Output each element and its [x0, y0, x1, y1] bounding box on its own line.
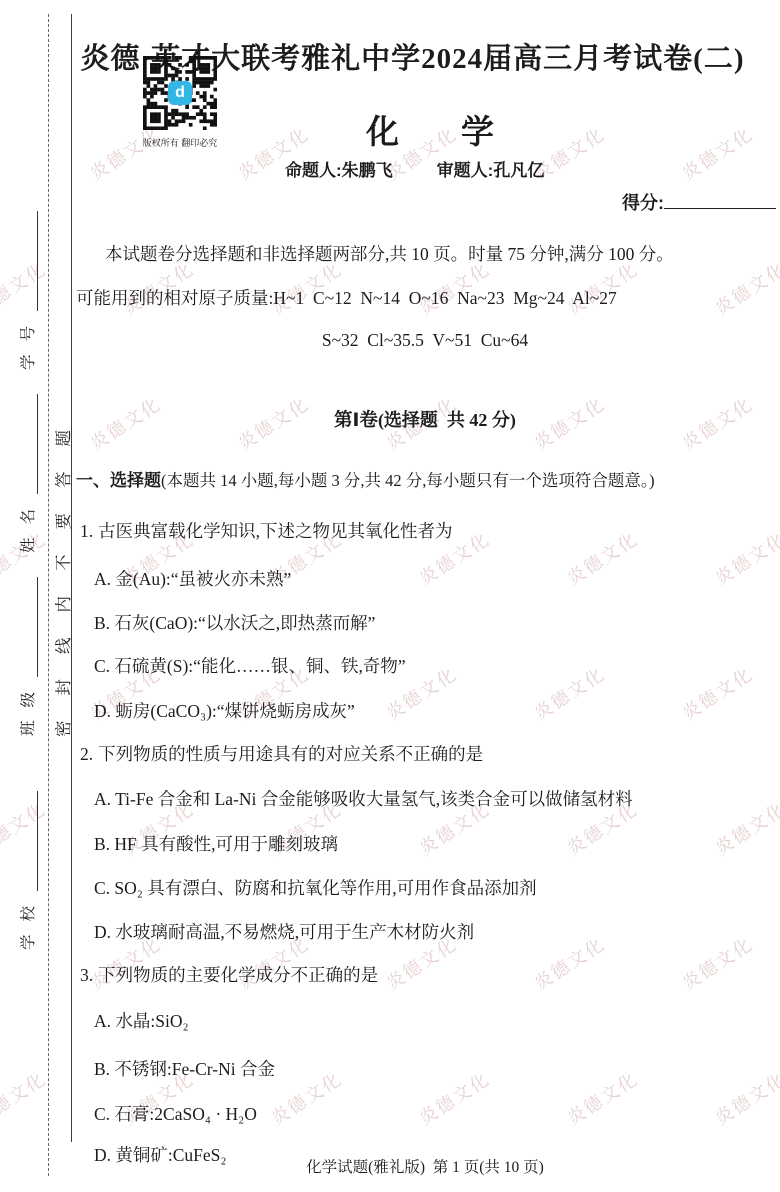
class-blank — [22, 577, 38, 677]
atomic-masses-values-1: H~1 C~12 N~14 O~16 Na~23 Mg~24 Al~27 — [273, 288, 616, 308]
setters-line: 命题人:朱鹏飞审题人:孔凡亿 — [285, 156, 544, 181]
question-text: 下列物质的性质与用途具有的对应关系不正确的是 — [98, 744, 483, 764]
question-number: 2. — [80, 744, 93, 764]
score-label: 得分: — [622, 193, 664, 213]
watermark-text: 炎德文化 — [265, 1065, 346, 1130]
exam-page: 炎德文化炎德文化炎德文化炎德文化炎德文化炎德文化炎德文化炎德文化炎德文化炎德文化… — [0, 0, 780, 1192]
setter-label: 命题人:朱鹏飞 — [285, 161, 393, 180]
margin-field-class: 班级 — [18, 560, 38, 736]
watermark-text: 炎德文化 — [676, 930, 757, 995]
option-line: D. 蛎房(CaCO₃):“煤饼烧蛎房成灰” — [94, 698, 355, 723]
school-label: 学校 — [16, 893, 38, 950]
watermark-text: 炎德文化 — [709, 1065, 780, 1130]
name-blank — [22, 394, 38, 494]
option-line: B. 不锈钢:Fe-Cr-Ni 合金 — [94, 1056, 275, 1081]
option-line: C. SO₂ 具有漂白、防腐和抗氧化等作用,可用作食品添加剂 — [94, 875, 537, 900]
score-blank — [664, 192, 776, 209]
option-line: A. 水晶:SiO₂ — [94, 1008, 189, 1033]
watermark-text: 炎德文化 — [561, 1065, 642, 1130]
question-text: 下列物质的主要化学成分不正确的是 — [98, 965, 378, 985]
watermark-text: 炎德文化 — [676, 660, 757, 725]
watermark-text: 炎德文化 — [413, 1065, 494, 1130]
page-footer: 化学试题(雅礼版) 第 1 页(共 10 页) — [80, 1155, 770, 1177]
student-id-label: 学号 — [16, 313, 38, 370]
question-text: 古医典富载化学知识,下述之物见其氧化性者为 — [98, 521, 452, 541]
option-line: A. 金(Au):“虽被火亦未熟” — [94, 566, 291, 591]
score-line: 得分: — [622, 189, 776, 215]
seal-instruction-text: 密封线内不要答题 — [50, 393, 70, 737]
subject-title: 化学 — [80, 106, 780, 153]
seal-dotted-line — [48, 14, 49, 1176]
watermark-text: 炎德文化 — [561, 525, 642, 590]
watermark-text: 炎德文化 — [528, 660, 609, 725]
watermark-text: 炎德文化 — [528, 930, 609, 995]
atomic-masses-line-2: S~32 Cl~35.5 V~51 Cu~64 — [80, 330, 770, 351]
question-stem: 2.下列物质的性质与用途具有的对应关系不正确的是 — [80, 741, 483, 766]
intro-paragraph: 本试题卷分选择题和非选择题两部分,共 10 页。时量 75 分钟,满分 100 … — [78, 243, 778, 266]
watermark-text: 炎德文化 — [0, 1065, 51, 1130]
class-label: 班级 — [16, 679, 38, 736]
section-header: 一、选择题(本题共 14 小题,每小题 3 分,共 42 分,每小题只有一个选项… — [76, 466, 655, 491]
part-title-bold: 第Ⅰ卷 — [334, 409, 378, 430]
watermark-text: 炎德文化 — [709, 795, 780, 860]
part-title: 第Ⅰ卷(选择题 共 42 分) — [80, 406, 770, 432]
qr-center-logo-icon: d — [168, 81, 192, 105]
option-line: D. 水玻璃耐高温,不易燃烧,可用于生产木材防火剂 — [94, 919, 474, 944]
option-line: A. Ti-Fe 合金和 La-Ni 合金能够吸收大量氢气,该类合金可以做储氢材… — [94, 786, 633, 811]
margin-field-school: 学校 — [18, 774, 38, 950]
part-title-rest: (选择题 共 42 分) — [378, 410, 516, 430]
student-id-blank — [22, 211, 38, 311]
option-line: B. 石灰(CaO):“以水沃之,即热蒸而解” — [94, 610, 375, 635]
atomic-masses-line-1: 可能用到的相对原子质量:H~1 C~12 N~14 O~16 Na~23 Mg~… — [76, 285, 617, 310]
question-stem: 1.古医典富载化学知识,下述之物见其氧化性者为 — [80, 518, 453, 543]
question-number: 3. — [80, 965, 93, 985]
atomic-masses-label: 可能用到的相对原子质量: — [76, 288, 273, 308]
option-line: C. 石硫黄(S):“能化……银、铜、铁,奇物” — [94, 653, 406, 678]
reviewer-label: 审题人:孔凡亿 — [437, 161, 545, 180]
margin-field-name: 姓名 — [18, 377, 38, 553]
option-line: C. 石膏:2CaSO₄ · H₂O — [94, 1101, 257, 1126]
question-number: 1. — [80, 521, 93, 541]
section-header-bold: 一、选择题 — [76, 471, 161, 490]
margin-field-student-id: 学号 — [18, 194, 38, 370]
section-header-rest: (本题共 14 小题,每小题 3 分,共 42 分,每小题只有一个选项符合题意。… — [161, 471, 655, 490]
watermark-text: 炎德文化 — [709, 525, 780, 590]
name-label: 姓名 — [16, 496, 38, 553]
question-stem: 3.下列物质的主要化学成分不正确的是 — [80, 962, 378, 987]
school-blank — [22, 791, 38, 891]
option-line: B. HF 具有酸性,可用于雕刻玻璃 — [94, 831, 338, 856]
